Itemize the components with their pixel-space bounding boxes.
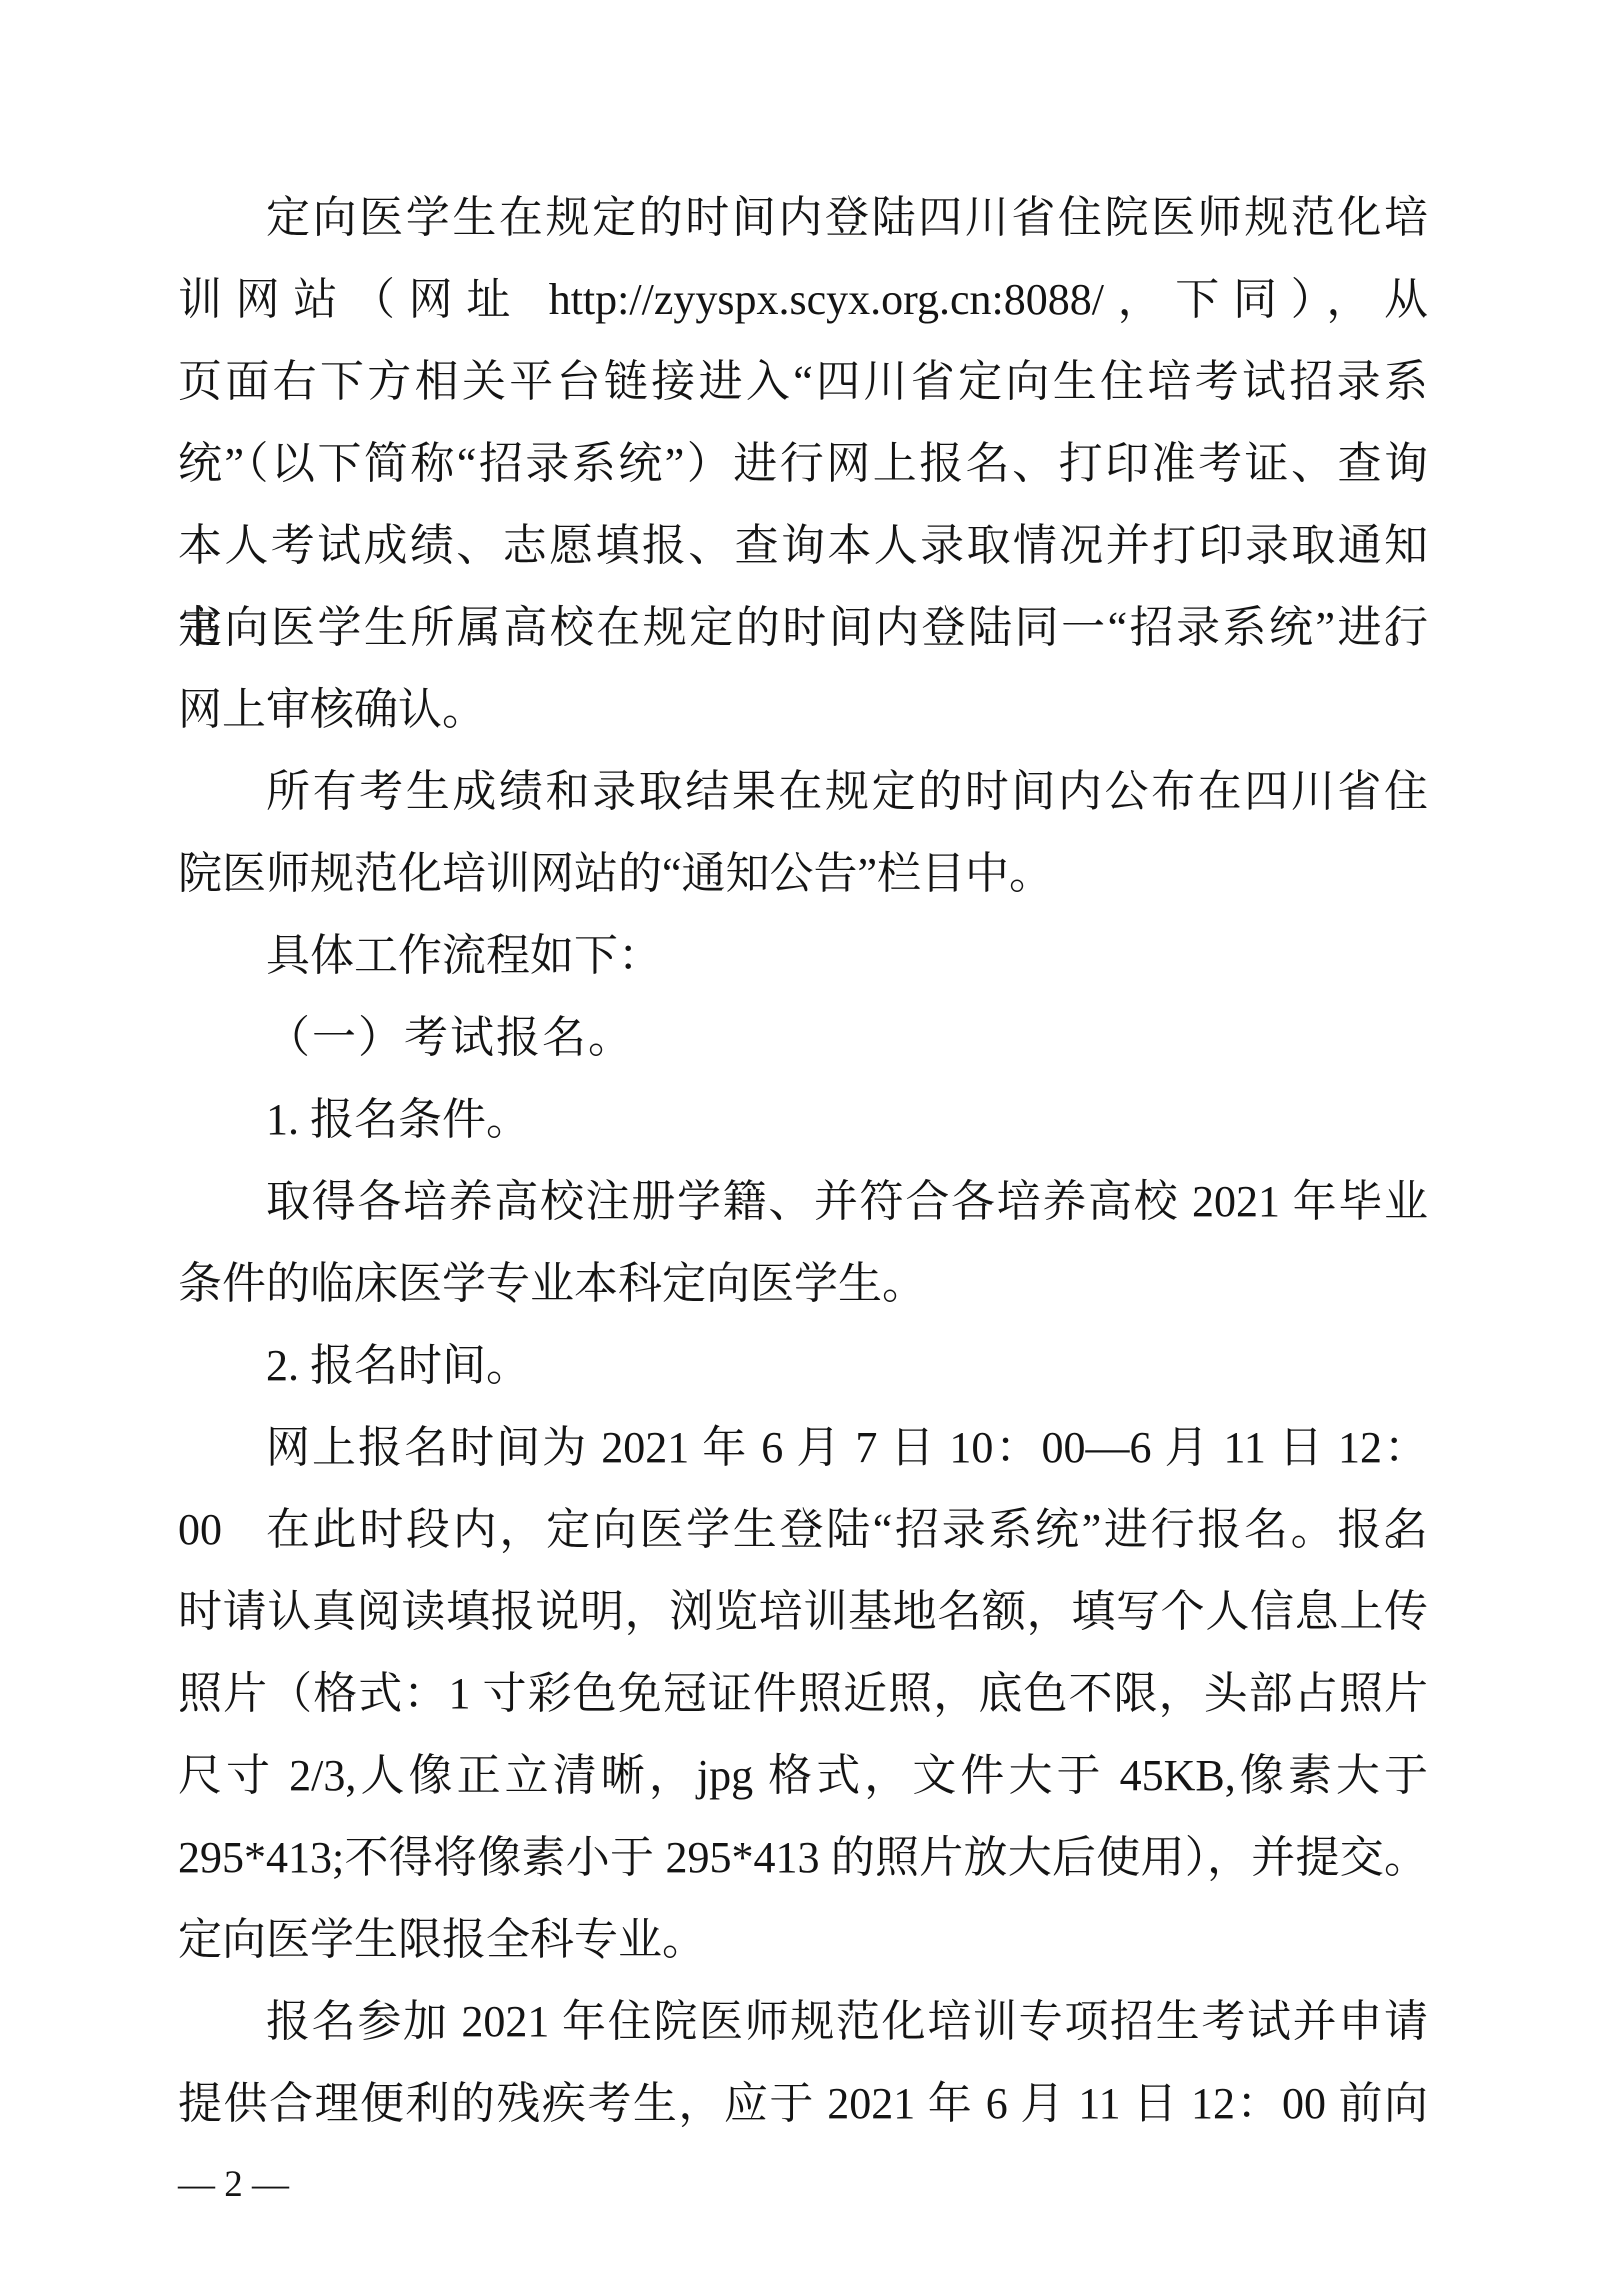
text-line: 定向医学生在规定的时间内登陆四川省住院医师规范化培 — [178, 177, 1428, 259]
text-line: 训网站（网址 http://zyyspx.scyx.org.cn:8088/，下… — [178, 259, 1428, 341]
document-body: 定向医学生在规定的时间内登陆四川省住院医师规范化培 训网站（网址 http://… — [178, 177, 1428, 2145]
document-page: 定向医学生在规定的时间内登陆四川省住院医师规范化培 训网站（网址 http://… — [0, 0, 1623, 2296]
text-line: 定向医学生所属高校在规定的时间内登陆同一“招录系统”进行 — [178, 587, 1428, 669]
text-line: 295*413;不得将像素小于 295*413 的照片放大后使用），并提交。 — [178, 1817, 1428, 1899]
text-line: 提供合理便利的残疾考生，应于 2021 年 6 月 11 日 12：00 前向 — [178, 2063, 1428, 2145]
text-line: 网上报名时间为 2021 年 6 月 7 日 10：00—6 月 11 日 12… — [178, 1407, 1428, 1489]
text-line: 条件的临床医学专业本科定向医学生。 — [178, 1243, 1428, 1325]
text-line: 报名参加 2021 年住院医师规范化培训专项招生考试并申请 — [178, 1981, 1428, 2063]
page-number: — 2 — — [178, 2158, 289, 2212]
section-heading: （一）考试报名。 — [178, 997, 1428, 1079]
text-line: 院医师规范化培训网站的“通知公告”栏目中。 — [178, 833, 1428, 915]
text-line: 照片（格式：1 寸彩色免冠证件照近照，底色不限，头部占照片 — [178, 1653, 1428, 1735]
text-line: 1. 报名条件。 — [178, 1079, 1428, 1161]
text-line: 所有考生成绩和录取结果在规定的时间内公布在四川省住 — [178, 751, 1428, 833]
text-line: 具体工作流程如下： — [178, 915, 1428, 997]
text-line: 2. 报名时间。 — [178, 1325, 1428, 1407]
text-line: 时请认真阅读填报说明，浏览培训基地名额，填写个人信息上传 — [178, 1571, 1428, 1653]
text-line: 取得各培养高校注册学籍、并符合各培养高校 2021 年毕业 — [178, 1161, 1428, 1243]
text-line: 在此时段内，定向医学生登陆“招录系统”进行报名。报名 — [178, 1489, 1428, 1571]
text-line: 本人考试成绩、志愿填报、查询本人录取情况并打印录取通知书。 — [178, 505, 1428, 587]
text-line: 统”（以下简称“招录系统”）进行网上报名、打印准考证、查询 — [178, 423, 1428, 505]
text-line: 定向医学生限报全科专业。 — [178, 1899, 1428, 1981]
text-line: 网上审核确认。 — [178, 669, 1428, 751]
text-line: 尺寸 2/3,人像正立清晰，jpg 格式，文件大于 45KB,像素大于 — [178, 1735, 1428, 1817]
text-line: 页面右下方相关平台链接进入“四川省定向生住培考试招录系 — [178, 341, 1428, 423]
